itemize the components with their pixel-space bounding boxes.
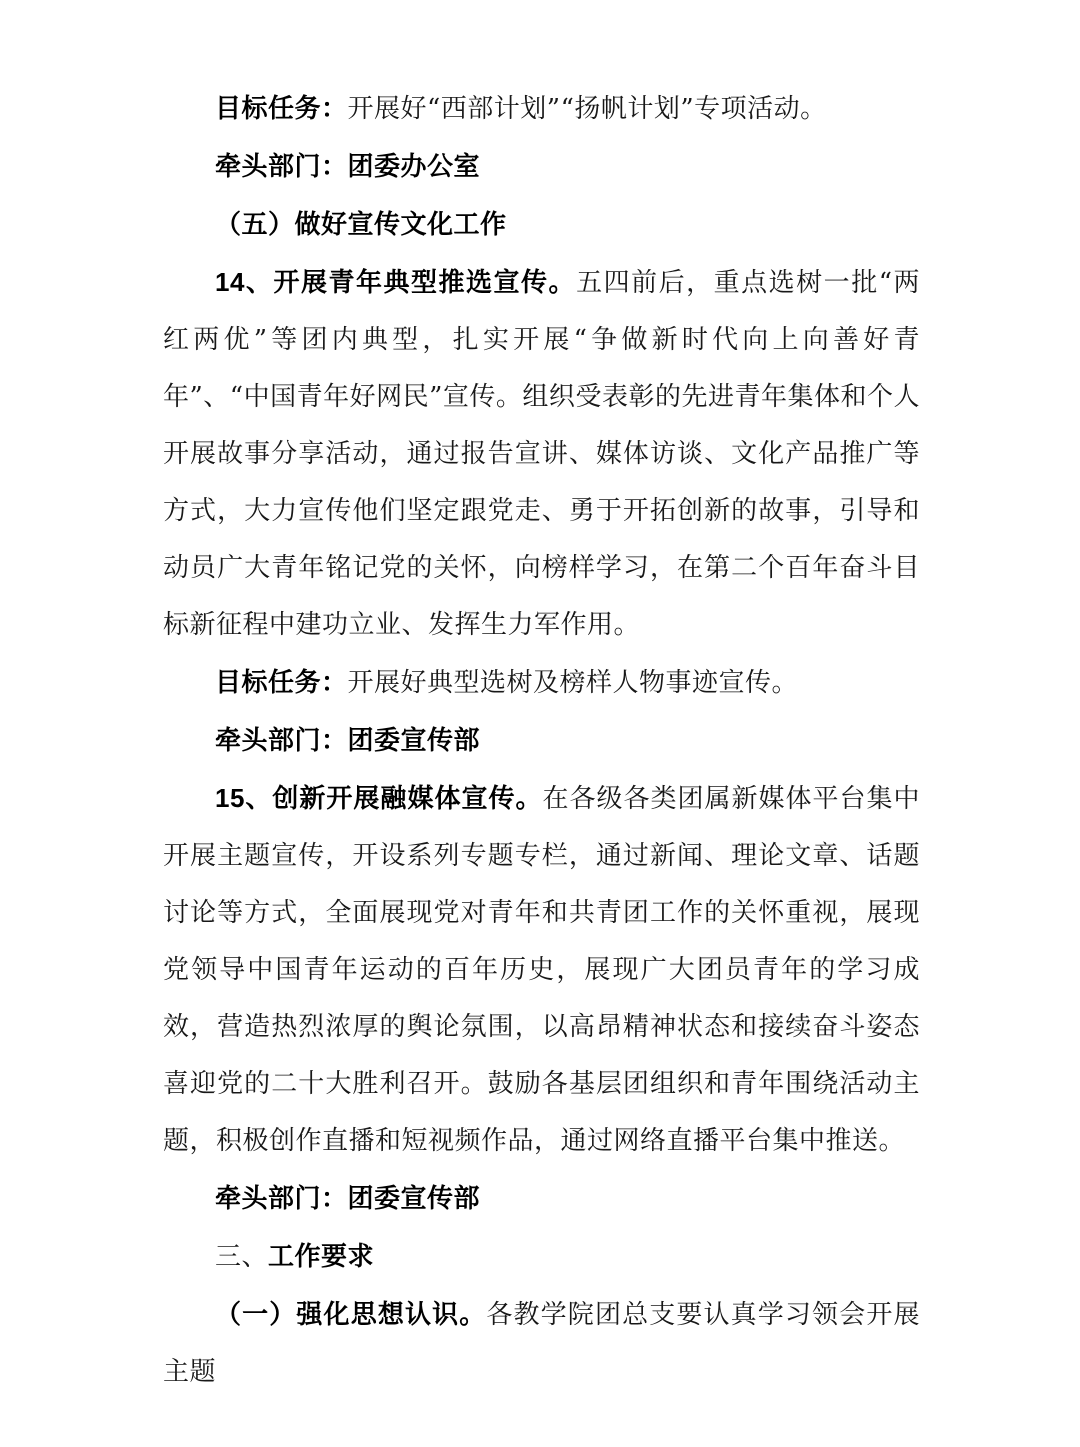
paragraph-3: （五）做好宣传文化工作 [163, 196, 920, 254]
paragraph-label: 牵头部门：团委办公室 [215, 151, 480, 181]
paragraph-10: （一）强化思想认识。各教学院团总支要认真学习领会开展主题 [163, 1286, 920, 1401]
paragraph-text: 开展好典型选树及榜样人物事迹宣传。 [348, 668, 799, 698]
paragraph-2: 牵头部门：团委办公室 [163, 138, 920, 196]
paragraph-8: 牵头部门：团委宣传部 [163, 1170, 920, 1228]
paragraph-text: 开展好“西部计划”“扬帆计划”专项活动。 [348, 94, 827, 124]
paragraph-label: 牵头部门：团委宣传部 [215, 725, 480, 755]
paragraph-text: 五四前后，重点选树一批“两红两优”等团内典型，扎实开展“争做新时代向上向善好青年… [163, 268, 920, 640]
document-body: 目标任务：开展好“西部计划”“扬帆计划”专项活动。 牵头部门：团委办公室 （五）… [0, 0, 1080, 1401]
paragraph-prefix: 三、 [215, 1242, 268, 1272]
paragraph-label: （一）强化思想认识。 [215, 1299, 486, 1329]
paragraph-label: 目标任务： [215, 667, 348, 697]
document-page: 目标任务：开展好“西部计划”“扬帆计划”专项活动。 牵头部门：团委办公室 （五）… [0, 0, 1080, 1447]
paragraph-label: 15、创新开展融媒体宣传。 [215, 783, 542, 813]
paragraph-label: 14、开展青年典型推选宣传。 [215, 267, 576, 297]
paragraph-label: 工作要求 [268, 1241, 374, 1271]
paragraph-9: 三、工作要求 [163, 1228, 920, 1286]
paragraph-5: 目标任务：开展好典型选树及榜样人物事迹宣传。 [163, 654, 920, 712]
paragraph-label: （五）做好宣传文化工作 [215, 209, 507, 239]
paragraph-7: 15、创新开展融媒体宣传。在各级各类团属新媒体平台集中开展主题宣传，开设系列专题… [163, 770, 920, 1170]
paragraph-label: 目标任务： [215, 93, 348, 123]
paragraph-1: 目标任务：开展好“西部计划”“扬帆计划”专项活动。 [163, 80, 920, 138]
paragraph-text: 在各级各类团属新媒体平台集中开展主题宣传，开设系列专题专栏，通过新闻、理论文章、… [163, 784, 920, 1156]
paragraph-label: 牵头部门：团委宣传部 [215, 1183, 480, 1213]
paragraph-4: 14、开展青年典型推选宣传。五四前后，重点选树一批“两红两优”等团内典型，扎实开… [163, 254, 920, 654]
paragraph-6: 牵头部门：团委宣传部 [163, 712, 920, 770]
